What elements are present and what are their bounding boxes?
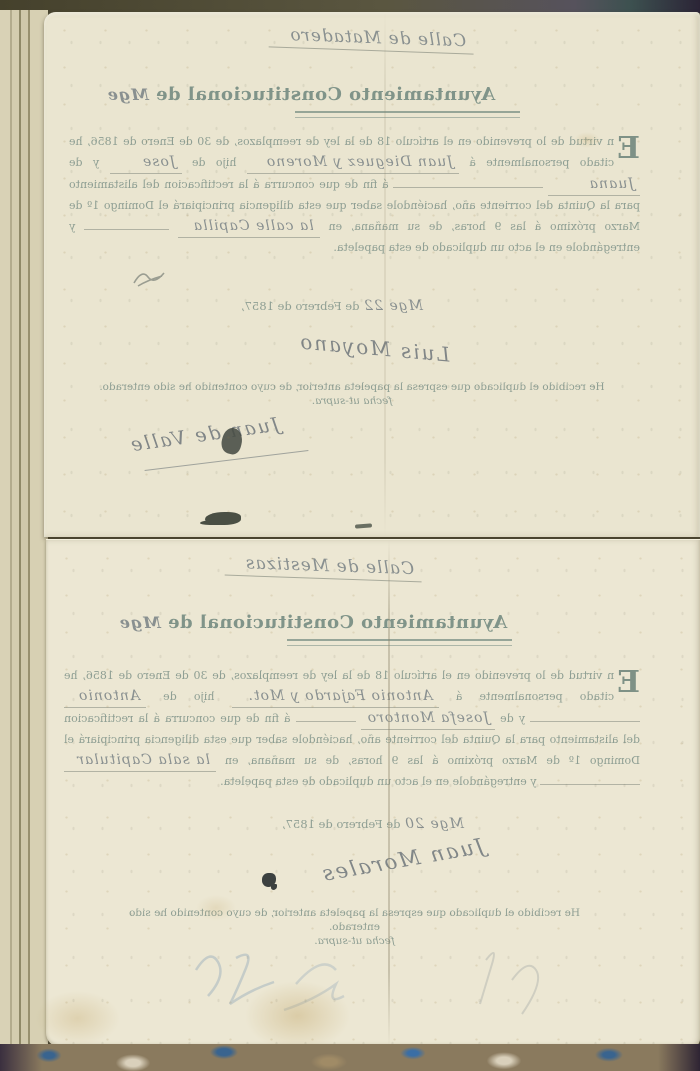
body-text: y entregándole en el acto un duplicado d… [220,775,536,788]
mother-name: Josefa Montoro [361,708,495,730]
body-text: hijo de [163,690,214,703]
father-name: Antonio [64,686,146,708]
body-text: y de [69,156,99,169]
body-text: y de [500,712,525,725]
page-2: Calle de Mestizas Ayuntamiento Constituc… [46,539,700,1047]
cited-name: Antonio Fajardo y Mot. [232,686,439,708]
dropcap-initial: E [614,666,640,700]
dropcap-initial: E [614,132,640,166]
form-header-label: Ayuntamiento Constitucional de [168,612,508,633]
header-rule [295,111,520,118]
ink-bleed-marks [176,940,576,1040]
form-header-label: Ayuntamiento Constitucional de [156,84,496,105]
form-header: Ayuntamiento Constitucional de Mge [72,84,530,105]
date-line: Mge 22 de Febrero de 1857, [44,298,620,314]
blank-rule [530,709,640,722]
date-line: Mge 20 de Febrero de 1857, [46,816,700,832]
father-name: Jose [110,152,182,174]
official-signature: Juan Morales [319,834,486,886]
form-body: E n virtud de lo prevenido en el artícul… [64,666,640,792]
date-hand: Mge 22 [363,298,423,314]
scanned-register-page: Calle de Matadero Ayuntamiento Constituc… [0,0,700,1071]
blank-rule [296,709,356,722]
street-annotation: Calle de Mestizas [176,556,470,579]
marbled-cover-edge [0,1044,700,1071]
receipt-text: He recibido el duplicado que espresa la … [94,380,610,394]
blank-rule [393,175,543,188]
header-rule [287,639,512,646]
street-annotation: Calle de Matadero [224,28,520,51]
recipient-signature: Juan de Valle [128,414,281,457]
blank-rule [540,772,640,785]
form-header: Ayuntamiento Constitucional de Mge [86,612,540,633]
cited-name: Juan Dieguez y Moreno [247,152,459,174]
stacked-page-edges [0,10,48,1047]
ink-blot [205,512,241,525]
mother-name: Juana [548,174,640,196]
street-annotation-text: Calle de Matadero [269,24,474,54]
pen-scribble [132,267,168,289]
meeting-place: la calle Capilla [178,216,320,238]
street-annotation-text: Calle de Mestizas [224,553,422,583]
date-print: de Febrero de 1857, [241,299,359,313]
date-hand: Mge 20 [404,816,464,832]
official-signature: Luis Moyano [297,329,450,366]
date-print: de Febrero de 1857, [282,817,400,831]
page-1: Calle de Matadero Ayuntamiento Constituc… [44,12,700,537]
meeting-place: la sala Capitular [64,750,216,772]
form-header-town: Mge [107,85,149,104]
form-body: E n virtud de lo prevenido en el artícul… [69,132,640,258]
form-header-town: Mge [119,613,161,632]
blank-rule [84,217,169,230]
receipt-date-note: fecha ut-supra. [94,394,610,408]
receipt-text: He recibido el duplicado que espresa la … [109,906,600,934]
receipt-note: He recibido el duplicado que espresa la … [94,380,610,408]
body-text: hijo de [192,156,237,169]
